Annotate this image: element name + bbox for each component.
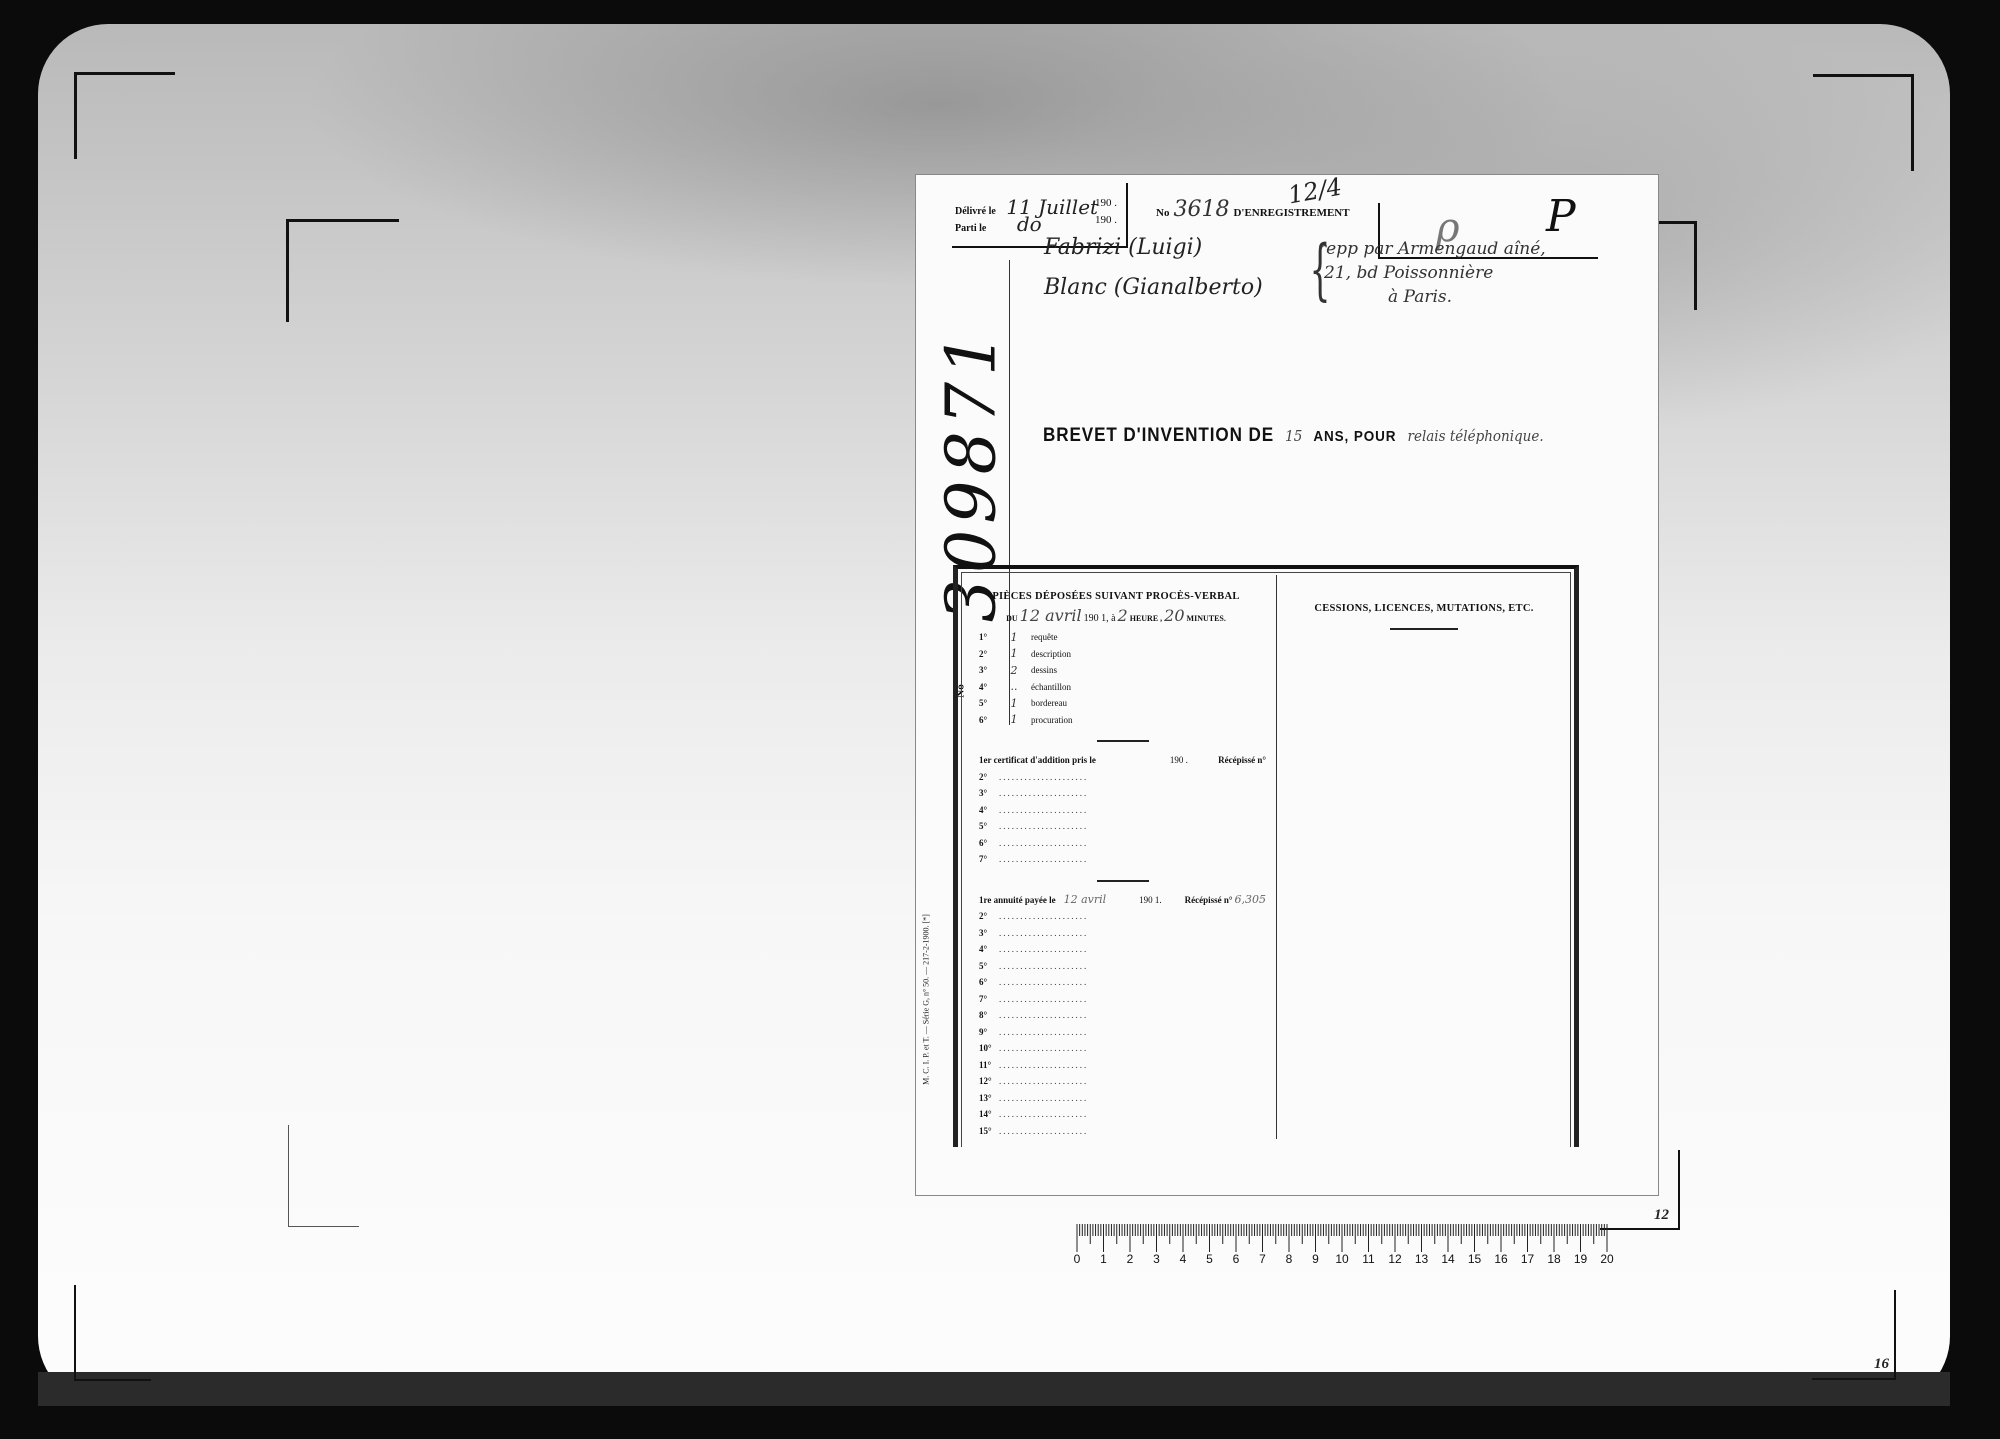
- dotted-row: 3°.....................: [966, 925, 1266, 942]
- patent-title-line: BREVET D'INVENTION DE 15 ANS, POUR relai…: [1043, 425, 1549, 447]
- dotted-row: 15°.....................: [966, 1123, 1266, 1140]
- date-prefix: DU: [1006, 614, 1018, 623]
- address-line-1: repp par Armengaud aîné,: [1318, 237, 1546, 261]
- ruler-label: 0: [1074, 1252, 1081, 1266]
- dotted-row: 12°.....................: [966, 1073, 1266, 1090]
- cessions-column: CESSIONS, LICENCES, MUTATIONS, ETC.: [1280, 577, 1568, 630]
- crop-mark-bottom-left-inner: [288, 1125, 359, 1227]
- date-year: 190 1: [1084, 613, 1107, 624]
- departed-year: 190 .: [1095, 214, 1155, 226]
- certificate-year: 190 .: [1170, 755, 1200, 765]
- ruler-label: 14: [1441, 1252, 1454, 1266]
- title-middle: ANS, POUR: [1313, 428, 1396, 445]
- piece-label: dessins: [1031, 665, 1057, 675]
- row-dots: .....................: [999, 977, 1088, 987]
- annuity-rows: 2°.....................3°...............…: [966, 908, 1266, 1139]
- deposit-date-line: DU 12 avril 190 1, à 2 HEURE , 20 MINUTE…: [966, 606, 1266, 625]
- row-number: 14°: [966, 1109, 999, 1119]
- annuity-year: 190 1.: [1139, 895, 1167, 905]
- applicant-2: Blanc (Gianalberto): [1044, 275, 1263, 315]
- applicant-1: Fabrizi (Luigi): [1044, 235, 1263, 275]
- row-number: 7°: [966, 854, 999, 864]
- plate-bottom-shadow: [38, 1372, 1950, 1406]
- dotted-row: 13°.....................: [966, 1090, 1266, 1107]
- row-number: 12°: [966, 1076, 999, 1086]
- ruler-label: 13: [1415, 1252, 1428, 1266]
- section-separator: [1097, 740, 1149, 742]
- time-prefix: , à: [1106, 613, 1115, 624]
- row-number: 9°: [966, 1027, 999, 1037]
- ruler-label: 1: [1100, 1252, 1107, 1266]
- dotted-row: 14°.....................: [966, 1106, 1266, 1123]
- piece-number: 2°: [966, 649, 997, 659]
- row-dots: .....................: [999, 788, 1088, 798]
- ruler-label: 10: [1335, 1252, 1348, 1266]
- departed-row: Parti le do 190 .: [955, 212, 1050, 236]
- piece-quantity: 1: [997, 713, 1031, 726]
- row-dots: .....................: [999, 1027, 1088, 1037]
- ruler-label: 2: [1127, 1252, 1134, 1266]
- row-number: 6°: [966, 838, 999, 848]
- dotted-row: 9°.....................: [966, 1024, 1266, 1041]
- row-dots: .....................: [999, 1043, 1088, 1053]
- departed-value: do: [1017, 212, 1042, 236]
- ruler-label: 18: [1547, 1252, 1560, 1266]
- piece-number: 5°: [966, 698, 997, 708]
- dotted-row: 5°.....................: [966, 958, 1266, 975]
- crop-mark-top-left-inner: [286, 219, 399, 322]
- dotted-row: 7°.....................: [966, 851, 1266, 868]
- piece-label: échantillon: [1031, 682, 1071, 692]
- piece-row: 3°2dessins: [966, 662, 1266, 679]
- crop-mark-top-right-inner: [1658, 221, 1697, 310]
- dotted-row: 7°.....................: [966, 991, 1266, 1008]
- piece-number: 1°: [966, 632, 997, 642]
- row-number: 2°: [966, 911, 999, 921]
- cessions-heading: CESSIONS, LICENCES, MUTATIONS, ETC.: [1280, 603, 1568, 614]
- annuity-date: 12 avril: [1064, 893, 1114, 906]
- address-line-2: 21, bd Poissonnière: [1318, 261, 1546, 285]
- row-dots: .....................: [999, 854, 1088, 864]
- cessions-separator: [1390, 628, 1458, 630]
- dotted-row: 2°.....................: [966, 908, 1266, 925]
- certificate-receipt-label: Récépissé n°: [1218, 755, 1266, 765]
- annuity-first-row: 1re annuité payée le 12 avril 190 1. Réc…: [966, 892, 1266, 909]
- row-number: 7°: [966, 994, 999, 1004]
- annuity-label: 1re annuité payée le: [966, 895, 1056, 905]
- piece-number: 6°: [966, 715, 997, 725]
- piece-label: procuration: [1031, 715, 1072, 725]
- dotted-row: 10°.....................: [966, 1040, 1266, 1057]
- dotted-row: 5°.....................: [966, 818, 1266, 835]
- paraph-signature: P: [1546, 191, 1576, 242]
- piece-quantity: 1: [997, 697, 1031, 710]
- title-prefix: BREVET D'INVENTION DE: [1043, 425, 1274, 446]
- piece-row: 6°1procuration: [966, 712, 1266, 729]
- piece-row: 2°1description: [966, 646, 1266, 663]
- certificate-label: 1er certificat d'addition pris le: [966, 755, 1096, 765]
- ruler-label: 17: [1521, 1252, 1534, 1266]
- row-dots: .....................: [999, 1126, 1088, 1136]
- ruler-label: 12: [1388, 1252, 1401, 1266]
- ruler-label: 15: [1468, 1252, 1481, 1266]
- ruler-label: 11: [1362, 1252, 1374, 1266]
- row-dots: .....................: [999, 1109, 1088, 1119]
- crop-mark-top-left-outer: [74, 72, 175, 159]
- row-number: 4°: [966, 944, 999, 954]
- ruler-label: 9: [1312, 1252, 1319, 1266]
- patent-document: Délivré le 11 Juillet 190 . Parti le do …: [916, 175, 1658, 1195]
- ruler-label: 7: [1259, 1252, 1266, 1266]
- dotted-row: 4°.....................: [966, 802, 1266, 819]
- row-dots: .....................: [999, 805, 1088, 815]
- dotted-row: 6°.....................: [966, 974, 1266, 991]
- ruler-label: 8: [1286, 1252, 1293, 1266]
- register-table: PIÈCES DÉPOSÉES SUIVANT PROCÈS-VERBAL DU…: [953, 565, 1579, 1147]
- registration-prefix: No: [1156, 207, 1169, 219]
- printer-imprint: M. C. I. P. et T. — Série G, n° 50. — 21…: [916, 895, 936, 1115]
- date-value: 12 avril: [1020, 606, 1082, 625]
- piece-label: description: [1031, 649, 1071, 659]
- dotted-row: 8°.....................: [966, 1007, 1266, 1024]
- dotted-row: 4°.....................: [966, 941, 1266, 958]
- row-dots: .....................: [999, 1060, 1088, 1070]
- row-number: 11°: [966, 1060, 999, 1070]
- row-number: 3°: [966, 788, 999, 798]
- row-number: 2°: [966, 772, 999, 782]
- certificate-rows: 2°.....................3°...............…: [966, 769, 1266, 868]
- dotted-row: 11°.....................: [966, 1057, 1266, 1074]
- minutes-label: MINUTES.: [1187, 614, 1226, 623]
- row-number: 6°: [966, 977, 999, 987]
- delivered-year: 190 .: [1095, 197, 1155, 209]
- title-years: 15: [1285, 427, 1302, 445]
- piece-number: 3°: [966, 665, 997, 675]
- certificate-first-row: 1er certificat d'addition pris le 190 . …: [966, 752, 1266, 769]
- crop-mark-top-right-outer: [1813, 74, 1914, 171]
- ruler-labels: 01234567891011121314151617181920: [1073, 1252, 1621, 1268]
- hour-label: HEURE ,: [1130, 614, 1162, 623]
- registration-value: 3618: [1173, 197, 1229, 222]
- row-number: 5°: [966, 961, 999, 971]
- dotted-row: 2°.....................: [966, 769, 1266, 786]
- row-number: 13°: [966, 1093, 999, 1103]
- piece-row: 1°1requête: [966, 629, 1266, 646]
- section-separator: [1097, 880, 1149, 882]
- row-dots: .....................: [999, 1093, 1088, 1103]
- address-line-3: à Paris.: [1318, 285, 1546, 309]
- row-number: 3°: [966, 928, 999, 938]
- row-dots: .....................: [999, 911, 1088, 921]
- row-dots: .....................: [999, 994, 1088, 1004]
- ruler-label: 19: [1574, 1252, 1587, 1266]
- row-dots: .....................: [999, 1076, 1088, 1086]
- imprint-text: M. C. I. P. et T. — Série G, n° 50. — 21…: [922, 890, 931, 1110]
- row-number: 4°: [966, 805, 999, 815]
- piece-number: 4°: [966, 682, 997, 692]
- column-divider: [1276, 575, 1277, 1139]
- row-dots: .....................: [999, 961, 1088, 971]
- piece-quantity: 2: [997, 664, 1031, 677]
- ruler-label: 4: [1180, 1252, 1187, 1266]
- row-dots: .....................: [999, 928, 1088, 938]
- time-minutes: 20: [1164, 606, 1184, 625]
- departed-label: Parti le: [955, 223, 986, 234]
- ruler-label: 6: [1233, 1252, 1240, 1266]
- piece-row: 4°..échantillon: [966, 679, 1266, 696]
- annuity-receipt-label: Récépissé n°: [1185, 895, 1233, 905]
- row-number: 5°: [966, 821, 999, 831]
- row-number: 15°: [966, 1126, 999, 1136]
- pieces-heading: PIÈCES DÉPOSÉES SUIVANT PROCÈS-VERBAL: [966, 591, 1266, 602]
- dotted-row: 6°.....................: [966, 835, 1266, 852]
- title-subject: relais téléphonique.: [1408, 427, 1544, 445]
- piece-label: requête: [1031, 632, 1057, 642]
- row-number: 10°: [966, 1043, 999, 1053]
- ruler-label: 3: [1153, 1252, 1160, 1266]
- piece-quantity: ..: [997, 680, 1031, 693]
- crop-mark-bottom-left-outer: [74, 1285, 151, 1381]
- pieces-list: 1°1requête2°1description3°2dessins4°..éc…: [966, 629, 1266, 728]
- frame-number-inner: 12: [1654, 1207, 1669, 1224]
- piece-label: bordereau: [1031, 698, 1067, 708]
- piece-row: 5°1bordereau: [966, 695, 1266, 712]
- representative-address: repp par Armengaud aîné, 21, bd Poissonn…: [1318, 237, 1546, 309]
- measurement-ruler: 01234567891011121314151617181920: [1073, 1224, 1633, 1270]
- deposited-pieces-column: PIÈCES DÉPOSÉES SUIVANT PROCÈS-VERBAL DU…: [966, 577, 1266, 1139]
- applicant-names: Fabrizi (Luigi) Blanc (Gianalberto): [1044, 235, 1263, 315]
- piece-quantity: 1: [997, 631, 1031, 644]
- row-dots: .....................: [999, 1010, 1088, 1020]
- ruler-ticks: [1073, 1224, 1621, 1254]
- row-dots: .....................: [999, 772, 1088, 782]
- row-dots: .....................: [999, 944, 1088, 954]
- ruler-label: 16: [1494, 1252, 1507, 1266]
- row-dots: .....................: [999, 838, 1088, 848]
- row-dots: .....................: [999, 821, 1088, 831]
- row-number: 8°: [966, 1010, 999, 1020]
- frame-number-outer: 16: [1874, 1356, 1889, 1373]
- piece-quantity: 1: [997, 647, 1031, 660]
- dotted-row: 3°.....................: [966, 785, 1266, 802]
- annuity-receipt-value: 6,305: [1235, 893, 1267, 906]
- ruler-label: 5: [1206, 1252, 1213, 1266]
- time-hour: 2: [1118, 606, 1128, 625]
- ruler-label: 20: [1600, 1252, 1613, 1266]
